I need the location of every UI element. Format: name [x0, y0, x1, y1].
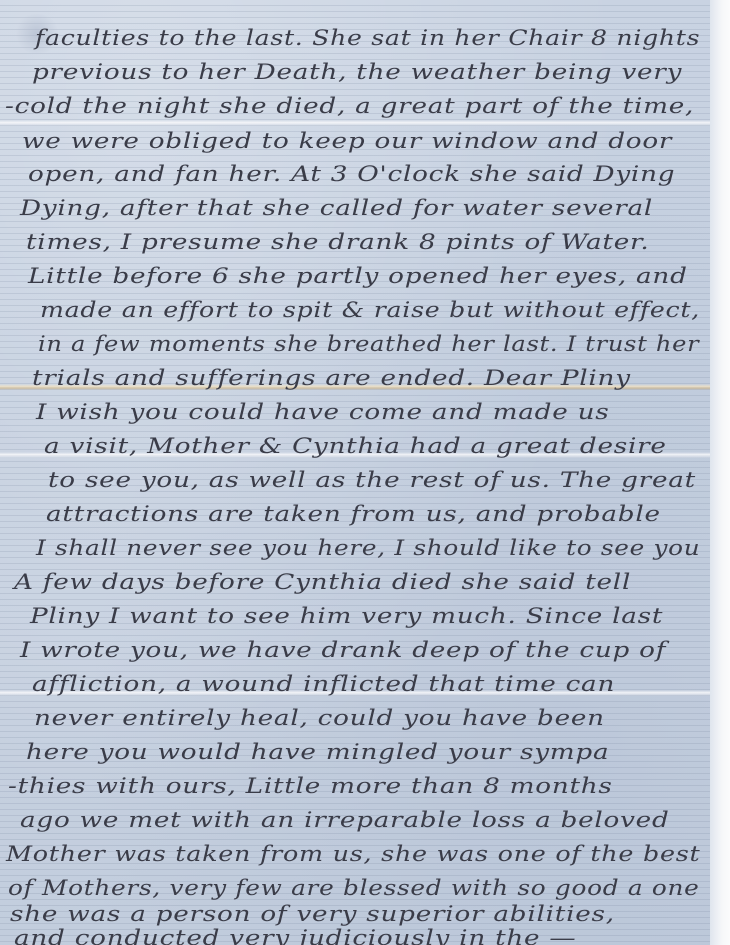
- scan-margin: [710, 0, 730, 945]
- text-line: I wish you could have come and made us: [36, 402, 609, 423]
- text-line: A few days before Cynthia died she said …: [14, 572, 631, 593]
- text-line: here you would have mingled your sympa: [26, 742, 609, 763]
- text-line: -cold the night she died, a great part o…: [5, 96, 694, 117]
- paper-crease: [0, 120, 710, 126]
- text-line: in a few moments she breathed her last. …: [38, 334, 699, 355]
- text-line: attractions are taken from us, and proba…: [46, 504, 661, 525]
- text-line: trials and sufferings are ended. Dear Pl…: [32, 368, 631, 389]
- text-line: of Mothers, very few are blessed with so…: [8, 878, 700, 899]
- text-line: faculties to the last. She sat in her Ch…: [35, 28, 700, 49]
- text-line: Pliny I want to see him very much. Since…: [30, 606, 663, 627]
- text-line: -thies with ours, Little more than 8 mon…: [8, 776, 613, 797]
- text-line: she was a person of very superior abilit…: [10, 904, 615, 925]
- text-line: never entirely heal, could you have been: [34, 708, 605, 729]
- text-line: a visit, Mother & Cynthia had a great de…: [44, 436, 667, 457]
- text-line: open, and fan her. At 3 O'clock she said…: [28, 164, 675, 185]
- text-line: I wrote you, we have drank deep of the c…: [20, 640, 666, 661]
- text-line: Little before 6 she partly opened her ey…: [28, 266, 688, 287]
- text-line: made an effort to spit & raise but witho…: [40, 300, 700, 321]
- text-line: to see you, as well as the rest of us. T…: [48, 470, 696, 491]
- text-line: and conducted very judiciously in the —: [14, 928, 576, 945]
- text-line: I shall never see you here, I should lik…: [36, 538, 700, 559]
- text-line: times, I presume she drank 8 pints of Wa…: [26, 232, 650, 253]
- text-line: previous to her Death, the weather being…: [32, 62, 682, 83]
- text-line: Dying, after that she called for water s…: [20, 198, 653, 219]
- text-line: affliction, a wound inflicted that time …: [32, 674, 615, 695]
- letter-page: faculties to the last. She sat in her Ch…: [0, 0, 710, 945]
- text-line: ago we met with an irreparable loss a be…: [20, 810, 670, 831]
- text-line: Mother was taken from us, she was one of…: [6, 844, 700, 865]
- text-line: we were obliged to keep our window and d…: [22, 131, 672, 152]
